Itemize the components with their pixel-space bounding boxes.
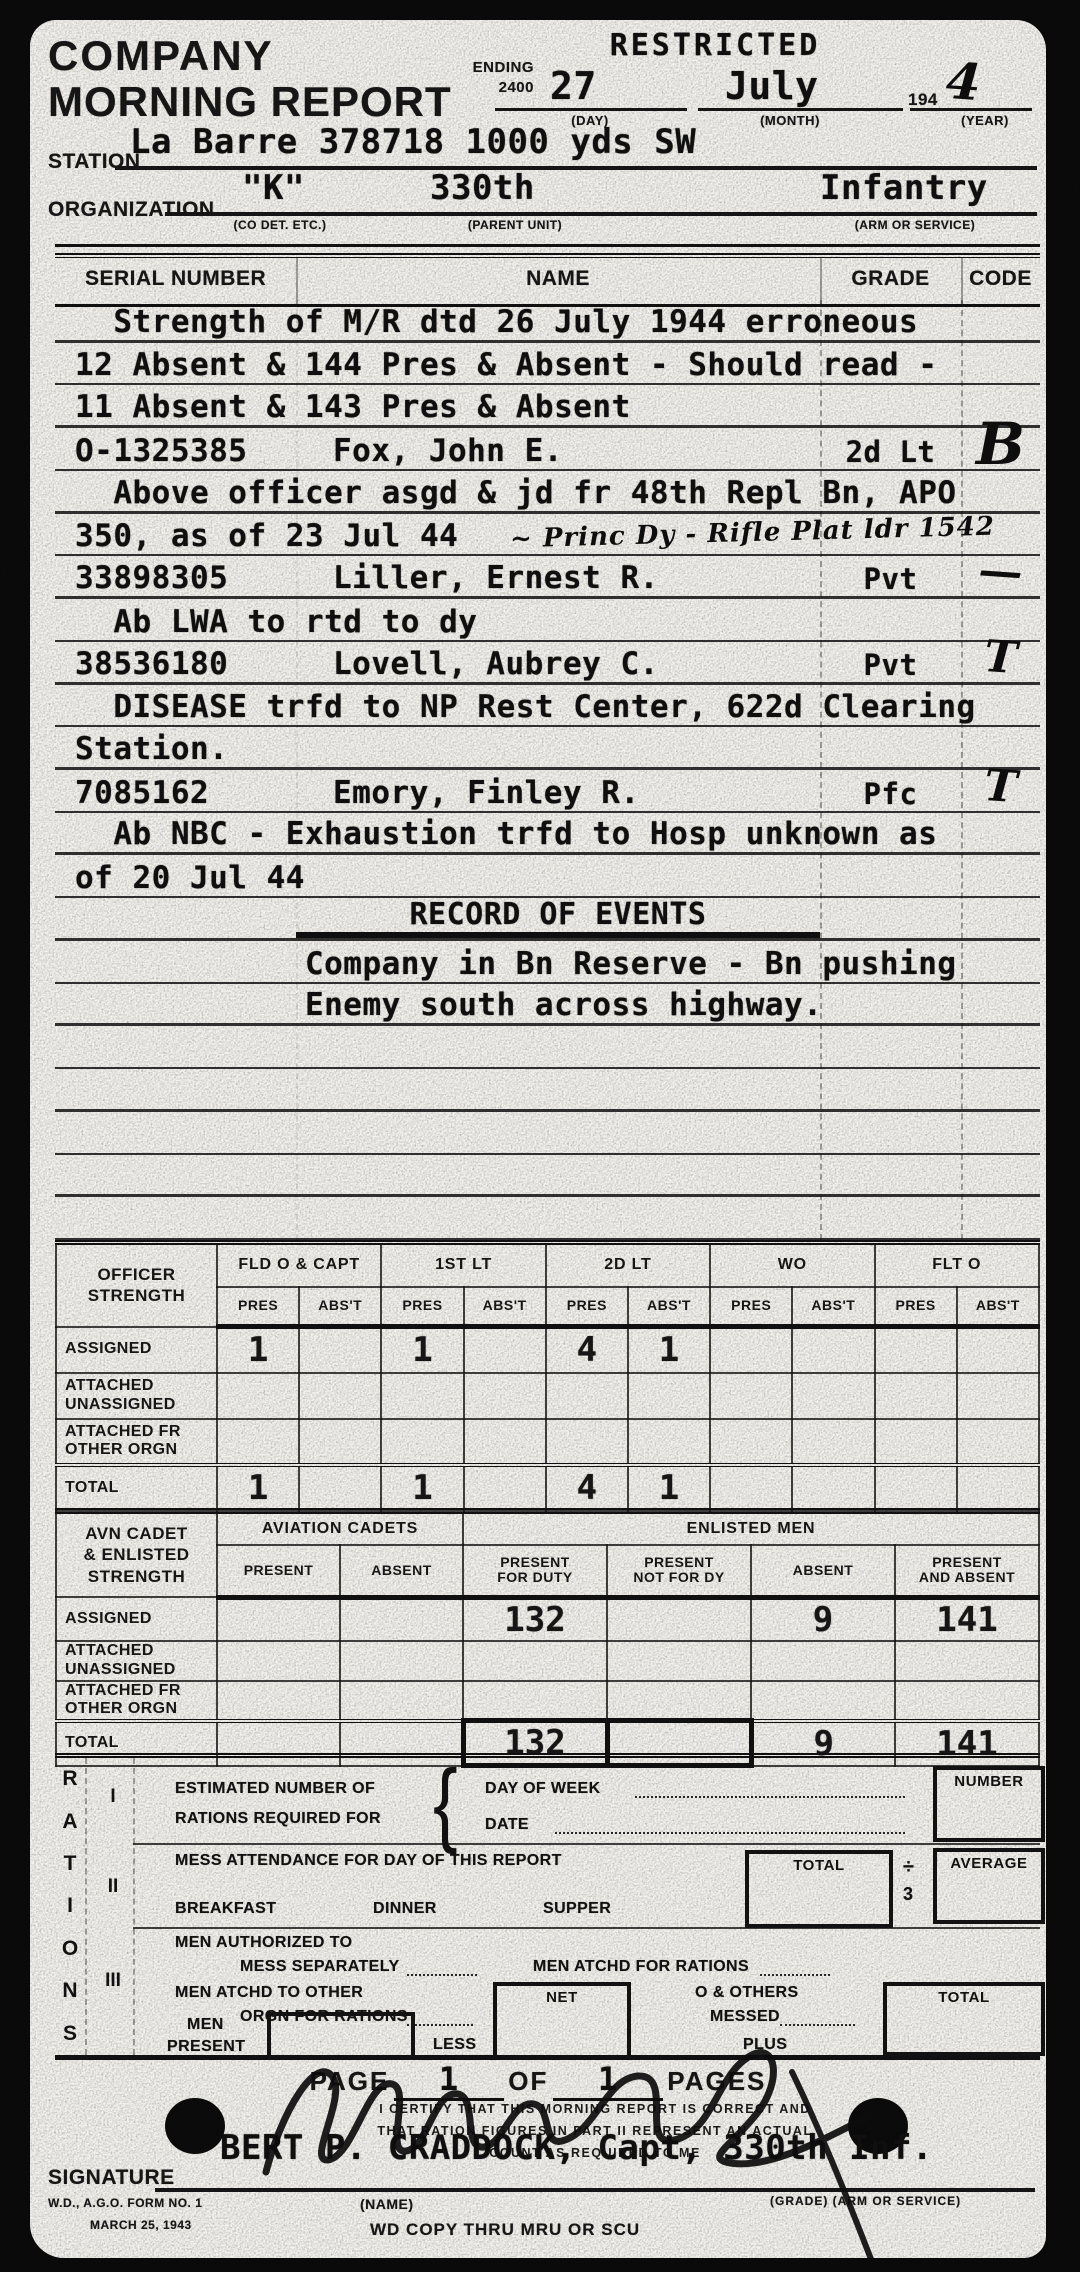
ration-numeral-3: III: [93, 1970, 133, 1992]
cell-value: 1: [217, 1327, 299, 1373]
group-fld-o-capt: FLD O & CAPT: [217, 1243, 381, 1287]
entry-text: 11 Absent & 143 Pres & Absent: [75, 392, 631, 423]
row-divider: [133, 1843, 1040, 1845]
men-present-box: [267, 2012, 415, 2059]
cell-value: [957, 1465, 1039, 1511]
form-card: COMPANY MORNING REPORT RESTRICTED ENDING…: [30, 20, 1046, 2258]
col-serial-number: SERIAL NUMBER: [85, 267, 266, 291]
cell-value: 1: [381, 1327, 463, 1373]
cell-value: [957, 1327, 1039, 1373]
organization-parent: 330th: [430, 168, 535, 208]
parent-sublabel: (PARENT UNIT): [415, 218, 615, 232]
cell-value: [792, 1465, 874, 1511]
grade-value: Pvt: [820, 565, 961, 594]
letter: I: [67, 1894, 73, 1918]
rations-total-box: TOTAL: [883, 1982, 1045, 2056]
code-value-handwritten: T: [960, 633, 1042, 682]
cell-value: 141: [895, 1597, 1039, 1641]
certification-line1: I CERTIFY THAT THIS MORNING REPORT IS CO…: [315, 2102, 875, 2116]
pages-label: PAGES: [667, 2066, 766, 2096]
cell-value: 1: [381, 1465, 463, 1511]
form-number: W.D., A.G.O. FORM NO. 1: [48, 2196, 202, 2210]
subcol-absent: ABSENT: [340, 1545, 463, 1597]
roster-row: Ab NBC - Exhaustion trfd to Hosp unknown…: [55, 813, 1040, 856]
subcol-pres: PRES: [546, 1287, 628, 1327]
year-underline: [910, 108, 1032, 111]
subcol-abst: ABS'T: [792, 1287, 874, 1327]
entry-text: of 20 Jul 44: [75, 863, 305, 894]
divider: [820, 258, 822, 304]
letter: R: [62, 1767, 77, 1791]
subcol-pres: PRES: [875, 1287, 957, 1327]
roster-entries: Strength of M/R dtd 26 July 1944 erroneo…: [55, 300, 1040, 1240]
label-line2: OTHER ORGN: [65, 1700, 216, 1718]
subcol-present: PRESENT: [217, 1545, 340, 1597]
rations-total-label: TOTAL: [887, 1989, 1041, 2006]
subcol-abst: ABS'T: [957, 1287, 1039, 1327]
serial-number: 7085162: [75, 778, 209, 809]
entry-text: Company in Bn Reserve - Bn pushing: [75, 949, 957, 980]
col-grade: GRADE: [820, 267, 961, 291]
subcol-abst: ABS'T: [628, 1287, 710, 1327]
cell-value: [875, 1465, 957, 1511]
cell-value: [464, 1465, 546, 1511]
subcol-abst: ABS'T: [299, 1287, 381, 1327]
plus-label: PLUS: [743, 2036, 787, 2054]
corner-line2: & ENLISTED: [57, 1544, 216, 1565]
roster-row: 11 Absent & 143 Pres & Absent: [55, 385, 1040, 428]
row-attached-unassigned: ATTACHED UNASSIGNED: [56, 1641, 217, 1681]
soldier-name: Emory, Finley R.: [333, 778, 640, 809]
roster-row: of 20 Jul 44: [55, 855, 1040, 898]
of-label: OF: [508, 2066, 548, 2096]
entry-text: 12 Absent & 144 Pres & Absent - Should r…: [75, 350, 937, 381]
label-line2: OTHER ORGN: [65, 1441, 216, 1459]
others-messed-line2: MESSED: [710, 2008, 780, 2026]
corner-line1: OFFICER: [57, 1264, 216, 1285]
row-total: TOTAL: [56, 1465, 217, 1511]
less-label: LESS: [433, 2036, 476, 2054]
divider: [133, 1758, 135, 2055]
letter: S: [63, 2022, 77, 2046]
enlisted-strength-table: AVN CADET & ENLISTED STRENGTH AVIATION C…: [55, 1508, 1040, 1768]
fill-line: [407, 1974, 477, 1976]
corner-line3: STRENGTH: [57, 1566, 216, 1587]
organization-company: "K": [242, 168, 305, 208]
record-of-events-row: RECORD OF EVENTS: [55, 898, 1040, 941]
ration-numeral-2: II: [93, 1876, 133, 1898]
ending-word: ENDING: [422, 58, 534, 78]
corner-line2: STRENGTH: [57, 1285, 216, 1306]
men-present-line2: PRESENT: [167, 2038, 245, 2056]
grade-value: Pvt: [820, 651, 961, 680]
date-day-value: 27: [550, 64, 597, 108]
label-line2: UNASSIGNED: [65, 1661, 216, 1679]
company-sublabel: (CO DET. ETC.): [180, 218, 380, 232]
record-of-events-title: RECORD OF EVENTS: [296, 897, 820, 938]
roster-row: Above officer asgd & jd fr 48th Repl Bn,…: [55, 471, 1040, 514]
handwritten-annotation: ~ Princ Dy - Rifle Plat ldr 1542: [510, 512, 996, 555]
subcol-abst: ABS'T: [464, 1287, 546, 1327]
mess-total-label: TOTAL: [749, 1857, 889, 1874]
entry-text: DISEASE trfd to NP Rest Center, 622d Cle…: [75, 692, 976, 723]
blank-row: [55, 1155, 1040, 1198]
number-box: NUMBER: [933, 1766, 1045, 1842]
entry-text: 350, as of 23 Jul 44: [75, 521, 458, 552]
page-count-row: PAGE 1 OF 1 PAGES: [30, 2060, 1046, 2101]
roster-row: O-1325385 Fox, John E. 2d Lt B: [55, 428, 1040, 471]
blank-row: [55, 1069, 1040, 1112]
row-divider: [133, 1927, 1040, 1929]
breakfast-label: BREAKFAST: [175, 1900, 276, 1918]
row-attached-fr-other: ATTACHED FR OTHER ORGN: [56, 1419, 217, 1465]
signer-typed-name: BERT P. CRADDOCK, Capt, 330th Inf.: [220, 2128, 933, 2168]
form-date: MARCH 25, 1943: [90, 2218, 192, 2232]
roster-row: Strength of M/R dtd 26 July 1944 erroneo…: [55, 300, 1040, 343]
supper-label: SUPPER: [543, 1900, 611, 1918]
blank-row: [55, 1197, 1040, 1240]
group-enlisted-men: ENLISTED MEN: [463, 1511, 1039, 1545]
label-line1: ATTACHED FR: [65, 1682, 216, 1700]
number-box-label: NUMBER: [937, 1773, 1041, 1790]
grade-arm-sublabel: (GRADE) (ARM OR SERVICE): [770, 2194, 961, 2208]
signature-line: [155, 2188, 1035, 2192]
cell-value: [340, 1597, 463, 1641]
entry-text: Ab LWA to rtd to dy: [75, 607, 477, 638]
roster-row: 350, as of 23 Jul 44 ~ Princ Dy - Rifle …: [55, 514, 1040, 557]
wd-copy-note: WD COPY THRU MRU OR SCU: [370, 2220, 640, 2240]
subcol-present-for-duty: PRESENT FOR DUTY: [463, 1545, 607, 1597]
subcol-pres: PRES: [217, 1287, 299, 1327]
rations-vertical-label: R A T I O N S: [55, 1758, 85, 2055]
row-attached-unassigned: ATTACHED UNASSIGNED: [56, 1373, 217, 1419]
estimated-rations-line1: ESTIMATED NUMBER OF: [175, 1780, 375, 1798]
col-name: NAME: [296, 267, 820, 291]
divide-sign: ÷: [903, 1856, 914, 1879]
roster-row: 12 Absent & 144 Pres & Absent - Should r…: [55, 343, 1040, 386]
month-underline: [698, 108, 903, 111]
cell-value: 4: [546, 1327, 628, 1373]
divider: [85, 1758, 87, 2055]
roster-row: Station.: [55, 727, 1040, 770]
rations-section: R A T I O N S I ESTIMATED NUMBER OF RATI…: [55, 1753, 1040, 2060]
officer-strength-corner: OFFICER STRENGTH: [56, 1243, 217, 1327]
cell-value: [464, 1327, 546, 1373]
page-number: 1: [394, 2060, 504, 2101]
divide-by-3: 3: [903, 1884, 913, 1905]
month-sublabel: (MONTH): [730, 113, 850, 128]
subcol-present-not-for-dy: PRESENT NOT FOR DY: [607, 1545, 751, 1597]
group-wo: WO: [710, 1243, 874, 1287]
blank-row: [55, 1026, 1040, 1069]
group-flt-o: FLT O: [875, 1243, 1040, 1287]
sub-line2: NOT FOR DY: [608, 1570, 750, 1585]
subcol-absent-en: ABSENT: [751, 1545, 895, 1597]
blank-row: [55, 1112, 1040, 1155]
cell-value: [217, 1597, 340, 1641]
entry-text: Enemy south across highway.: [75, 990, 822, 1021]
cell-value: [875, 1327, 957, 1373]
sub-line1: PRESENT: [896, 1555, 1038, 1570]
subcol-pres: PRES: [381, 1287, 463, 1327]
sub-line1: PRESENT: [464, 1555, 606, 1570]
group-1st-lt: 1ST LT: [381, 1243, 545, 1287]
date-month-value: July: [725, 64, 819, 108]
form-title-line1: COMPANY: [48, 32, 274, 80]
signature-label: SIGNATURE: [48, 2166, 175, 2190]
others-messed-line1: O & OTHERS: [695, 1984, 799, 2002]
label-line2: UNASSIGNED: [65, 1396, 216, 1414]
station-label: STATION: [48, 150, 141, 174]
net-box-label: NET: [497, 1989, 627, 2006]
grade-value: Pfc: [820, 780, 961, 809]
group-aviation-cadets: AVIATION CADETS: [217, 1511, 463, 1545]
scanned-morning-report: COMPANY MORNING REPORT RESTRICTED ENDING…: [0, 0, 1080, 2272]
divider: [961, 258, 963, 304]
ration-numeral-1: I: [93, 1786, 133, 1808]
roster-row: 38536180 Lovell, Aubrey C. Pvt T: [55, 642, 1040, 685]
station-value: La Barre 378718 1000 yds SW: [130, 122, 696, 162]
label-line1: ATTACHED: [65, 1642, 216, 1660]
roster-row: Ab LWA to rtd to dy: [55, 599, 1040, 642]
date-field-label: DATE: [485, 1816, 529, 1834]
men-atchd-other-line1: MEN ATCHD TO OTHER: [175, 1984, 363, 2002]
letter: N: [62, 1979, 77, 2003]
roster-row: DISEASE trfd to NP Rest Center, 622d Cle…: [55, 685, 1040, 728]
cell-value: [710, 1327, 792, 1373]
men-authorized-line2: MESS SEPARATELY: [240, 1958, 400, 1976]
code-value-handwritten: —: [960, 547, 1042, 596]
year-sublabel: (YEAR): [930, 113, 1040, 128]
cell-value: 1: [217, 1465, 299, 1511]
cell-value: 1: [628, 1327, 710, 1373]
cell-value: [710, 1465, 792, 1511]
cell-value: 9: [751, 1597, 895, 1641]
year-prefix: 194: [908, 90, 938, 110]
brace-glyph: {: [433, 1757, 458, 1850]
cell-value: 132: [463, 1597, 607, 1641]
enlisted-strength-corner: AVN CADET & ENLISTED STRENGTH: [56, 1511, 217, 1597]
entry-text: Station.: [75, 734, 228, 765]
label-line1: ATTACHED FR: [65, 1423, 216, 1441]
fill-line: [760, 1974, 830, 1976]
cell-value: [607, 1597, 751, 1641]
entry-text: Above officer asgd & jd fr 48th Repl Bn,…: [75, 478, 957, 509]
punch-hole-left: [165, 2098, 225, 2154]
corner-line1: AVN CADET: [57, 1523, 216, 1544]
soldier-name: Lovell, Aubrey C.: [333, 649, 659, 680]
day-of-week-field-label: DAY OF WEEK: [485, 1780, 601, 1798]
row-attached-fr-other: ATTACHED FR OTHER ORGN: [56, 1681, 217, 1721]
row-assigned: ASSIGNED: [56, 1327, 217, 1373]
soldier-name: Liller, Ernest R.: [333, 563, 659, 594]
roster-row: Enemy south across highway.: [55, 984, 1040, 1027]
entry-text: Strength of M/R dtd 26 July 1944 erroneo…: [75, 307, 918, 338]
page-label: PAGE: [310, 2066, 390, 2096]
roster-row: 7085162 Emory, Finley R. Pfc T: [55, 770, 1040, 813]
men-authorized-line1: MEN AUTHORIZED TO: [175, 1934, 352, 1952]
letter: O: [62, 1937, 78, 1961]
ending-label: ENDING 2400: [422, 58, 534, 97]
arm-sublabel: (ARM OR SERVICE): [805, 218, 1025, 232]
fill-line: [780, 2024, 855, 2026]
entry-text: Ab NBC - Exhaustion trfd to Hosp unknown…: [75, 819, 937, 850]
sub-line1: PRESENT: [608, 1555, 750, 1570]
cell-value: [299, 1327, 381, 1373]
cell-value: [792, 1327, 874, 1373]
subcol-present-and-absent: PRESENT AND ABSENT: [895, 1545, 1039, 1597]
day-of-week-fill-line: [635, 1796, 905, 1798]
label-line1: ATTACHED: [65, 1377, 216, 1395]
organization-arm: Infantry: [820, 168, 988, 208]
name-sublabel: (NAME): [360, 2196, 414, 2212]
year-handwritten: 4: [944, 51, 983, 112]
dinner-label: DINNER: [373, 1900, 437, 1918]
letter: T: [64, 1852, 77, 1876]
cell-value: [299, 1465, 381, 1511]
pages-number: 1: [553, 2060, 663, 2101]
serial-number: O-1325385: [75, 436, 247, 467]
day-underline: [495, 108, 687, 111]
roster-row: 33898305 Liller, Ernest R. Pvt —: [55, 556, 1040, 599]
officer-strength-table: OFFICER STRENGTH FLD O & CAPT 1ST LT 2D …: [55, 1240, 1040, 1512]
letter: A: [62, 1810, 77, 1834]
roster-row: Company in Bn Reserve - Bn pushing: [55, 941, 1040, 984]
code-value-handwritten: B: [961, 421, 1040, 467]
serial-number: 38536180: [75, 649, 228, 680]
cell-value: 4: [546, 1465, 628, 1511]
col-code: CODE: [961, 267, 1040, 291]
soldier-name: Fox, John E.: [333, 436, 563, 467]
sub-line2: AND ABSENT: [896, 1570, 1038, 1585]
mess-attendance-title: MESS ATTENDANCE FOR DAY OF THIS REPORT: [175, 1852, 562, 1870]
subcol-pres: PRES: [710, 1287, 792, 1327]
ending-time: 2400: [422, 78, 534, 98]
group-2d-lt: 2D LT: [546, 1243, 710, 1287]
divider: [296, 258, 298, 304]
mess-total-box: TOTAL: [745, 1850, 893, 1928]
men-atchd-for-rations: MEN ATCHD FOR RATIONS: [533, 1958, 749, 1976]
average-box-label: AVERAGE: [937, 1855, 1041, 1872]
classification-stamp: RESTRICTED: [550, 28, 880, 63]
grade-value: 2d Lt: [820, 438, 961, 467]
sub-line2: FOR DUTY: [464, 1570, 606, 1585]
code-value-handwritten: T: [960, 762, 1042, 811]
fill-line: [407, 2024, 473, 2026]
date-fill-line: [555, 1832, 905, 1834]
cell-value: 1: [628, 1465, 710, 1511]
row-assigned: ASSIGNED: [56, 1597, 217, 1641]
form-title-line2: MORNING REPORT: [48, 78, 452, 126]
net-box: NET: [493, 1982, 631, 2059]
average-box: AVERAGE: [933, 1848, 1045, 1924]
men-present-line1: MEN: [187, 2016, 224, 2034]
estimated-rations-line2: RATIONS REQUIRED FOR: [175, 1810, 381, 1828]
organization-underline: [165, 212, 1037, 216]
serial-number: 33898305: [75, 563, 228, 594]
